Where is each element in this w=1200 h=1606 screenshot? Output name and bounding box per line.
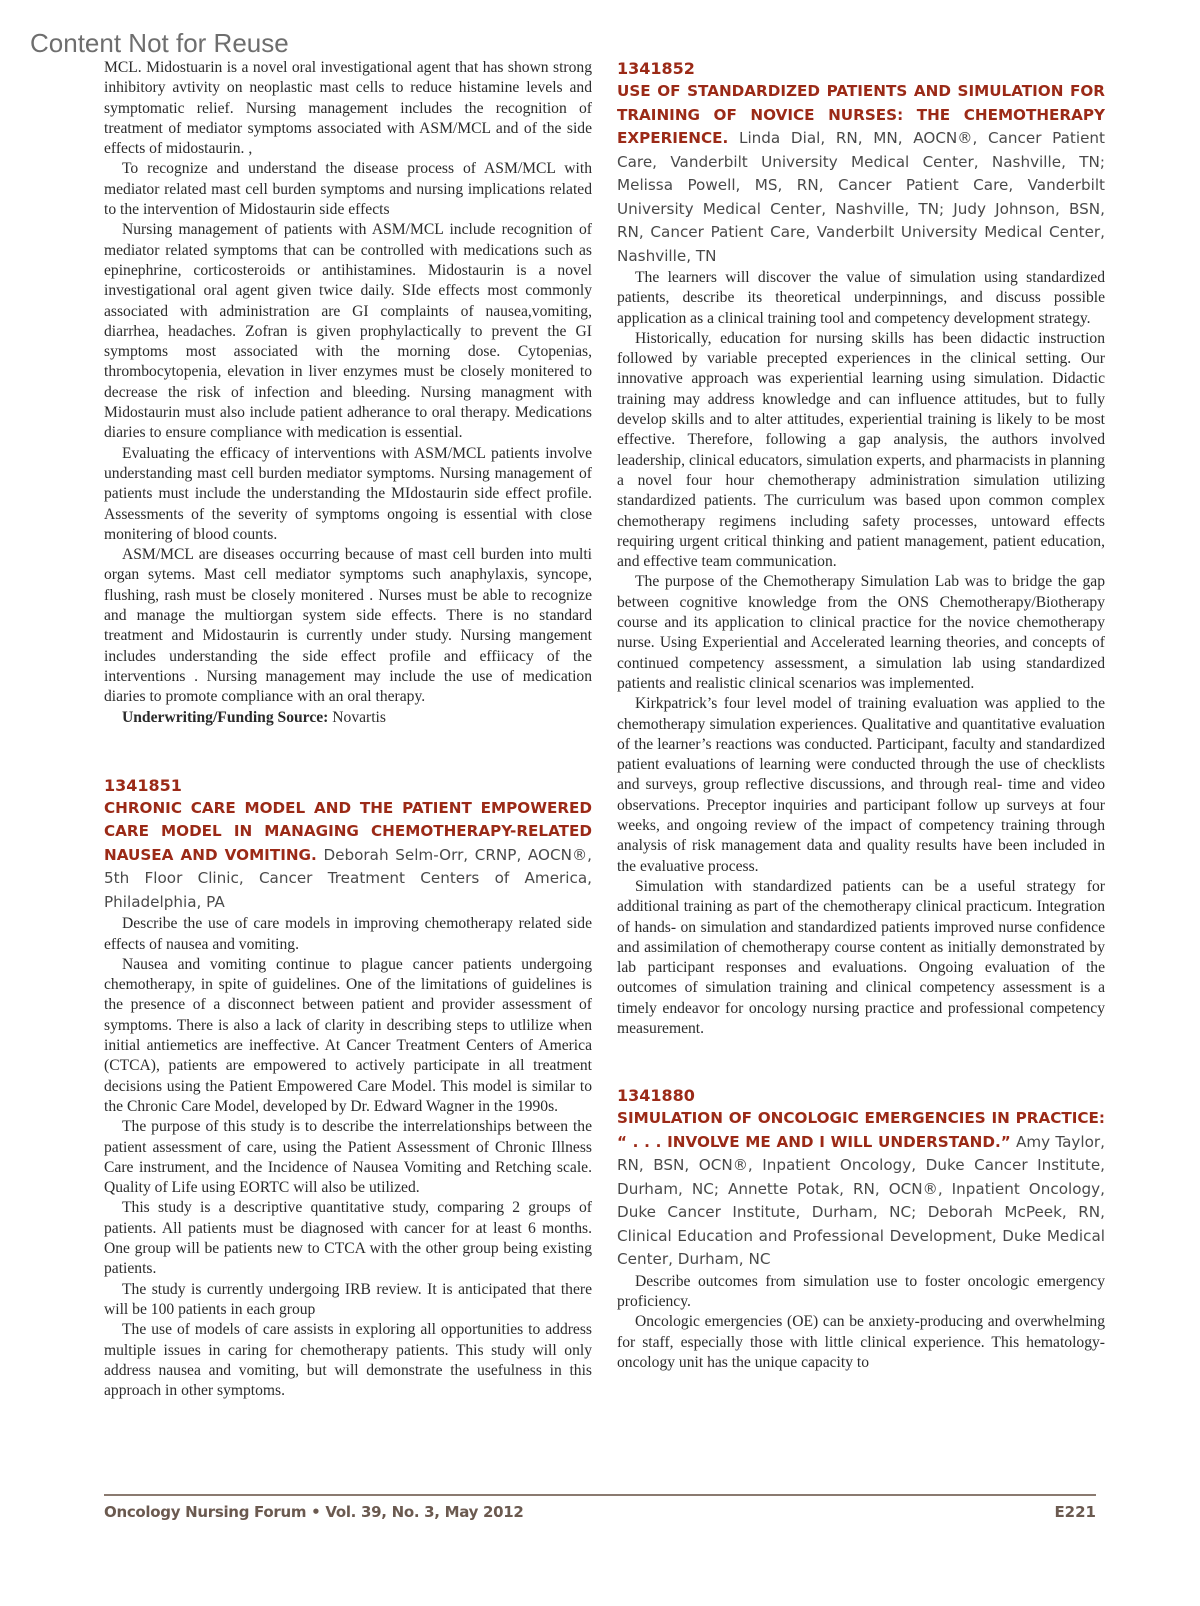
funding-label: Underwriting/Funding Source: [122, 709, 328, 726]
body-paragraph: The purpose of the Chemotherapy Simulati… [617, 572, 1105, 694]
abstract-heading: SIMULATION OF ONCOLOGIC EMERGENCIES IN P… [617, 1107, 1105, 1272]
body-paragraph: This study is a descriptive quantitative… [104, 1198, 592, 1279]
right-column: 1341852 USE OF STANDARDIZED PATIENTS AND… [617, 58, 1105, 1373]
abstract-1341851: 1341851 CHRONIC CARE MODEL AND THE PATIE… [104, 775, 592, 1402]
body-paragraph: MCL. Midostuarin is a novel oral investi… [104, 58, 592, 159]
abstract-heading: CHRONIC CARE MODEL AND THE PATIENT EMPOW… [104, 797, 592, 915]
journal-citation: Oncology Nursing Forum • Vol. 39, No. 3,… [104, 1503, 524, 1521]
abstract-id: 1341852 [617, 58, 1105, 80]
page-number: E221 [1054, 1503, 1096, 1521]
body-paragraph: ASM/MCL are diseases occurring because o… [104, 545, 592, 707]
body-paragraph: Nursing management of patients with ASM/… [104, 220, 592, 443]
body-paragraph: Describe outcomes from simulation use to… [617, 1272, 1105, 1313]
body-paragraph: Simulation with standardized patients ca… [617, 877, 1105, 1039]
body-paragraph: Oncologic emergencies (OE) can be anxiet… [617, 1312, 1105, 1373]
abstract-authors: Linda Dial, RN, MN, AOCN®, Cancer Patien… [617, 129, 1105, 265]
body-paragraph: Describe the use of care models in impro… [104, 914, 592, 955]
body-paragraph: The use of models of care assists in exp… [104, 1320, 592, 1401]
body-paragraph: To recognize and understand the disease … [104, 159, 592, 220]
body-paragraph: Historically, education for nursing skil… [617, 329, 1105, 573]
left-column: MCL. Midostuarin is a novel oral investi… [104, 58, 592, 1401]
watermark: Content Not for Reuse [30, 30, 289, 56]
abstract-1341880: 1341880 SIMULATION OF ONCOLOGIC EMERGENC… [617, 1085, 1105, 1373]
body-paragraph: Kirkpatrick’s four level model of traini… [617, 694, 1105, 877]
body-paragraph: Nausea and vomiting continue to plague c… [104, 955, 592, 1117]
abstract-authors: Amy Taylor, RN, BSN, OCN®, Inpatient Onc… [617, 1133, 1105, 1269]
abstract-id: 1341880 [617, 1085, 1105, 1107]
body-paragraph: The learners will discover the value of … [617, 268, 1105, 329]
body-paragraph: Evaluating the efficacy of interventions… [104, 444, 592, 545]
abstract-id: 1341851 [104, 775, 592, 797]
footer-divider [104, 1494, 1096, 1496]
body-paragraph: The study is currently undergoing IRB re… [104, 1280, 592, 1321]
body-paragraph: The purpose of this study is to describe… [104, 1117, 592, 1198]
funding-value: Novartis [328, 709, 386, 726]
abstract-1341852: 1341852 USE OF STANDARDIZED PATIENTS AND… [617, 58, 1105, 1039]
abstract-heading: USE OF STANDARDIZED PATIENTS AND SIMULAT… [617, 80, 1105, 268]
funding-source: Underwriting/Funding Source: Novartis [104, 708, 592, 728]
